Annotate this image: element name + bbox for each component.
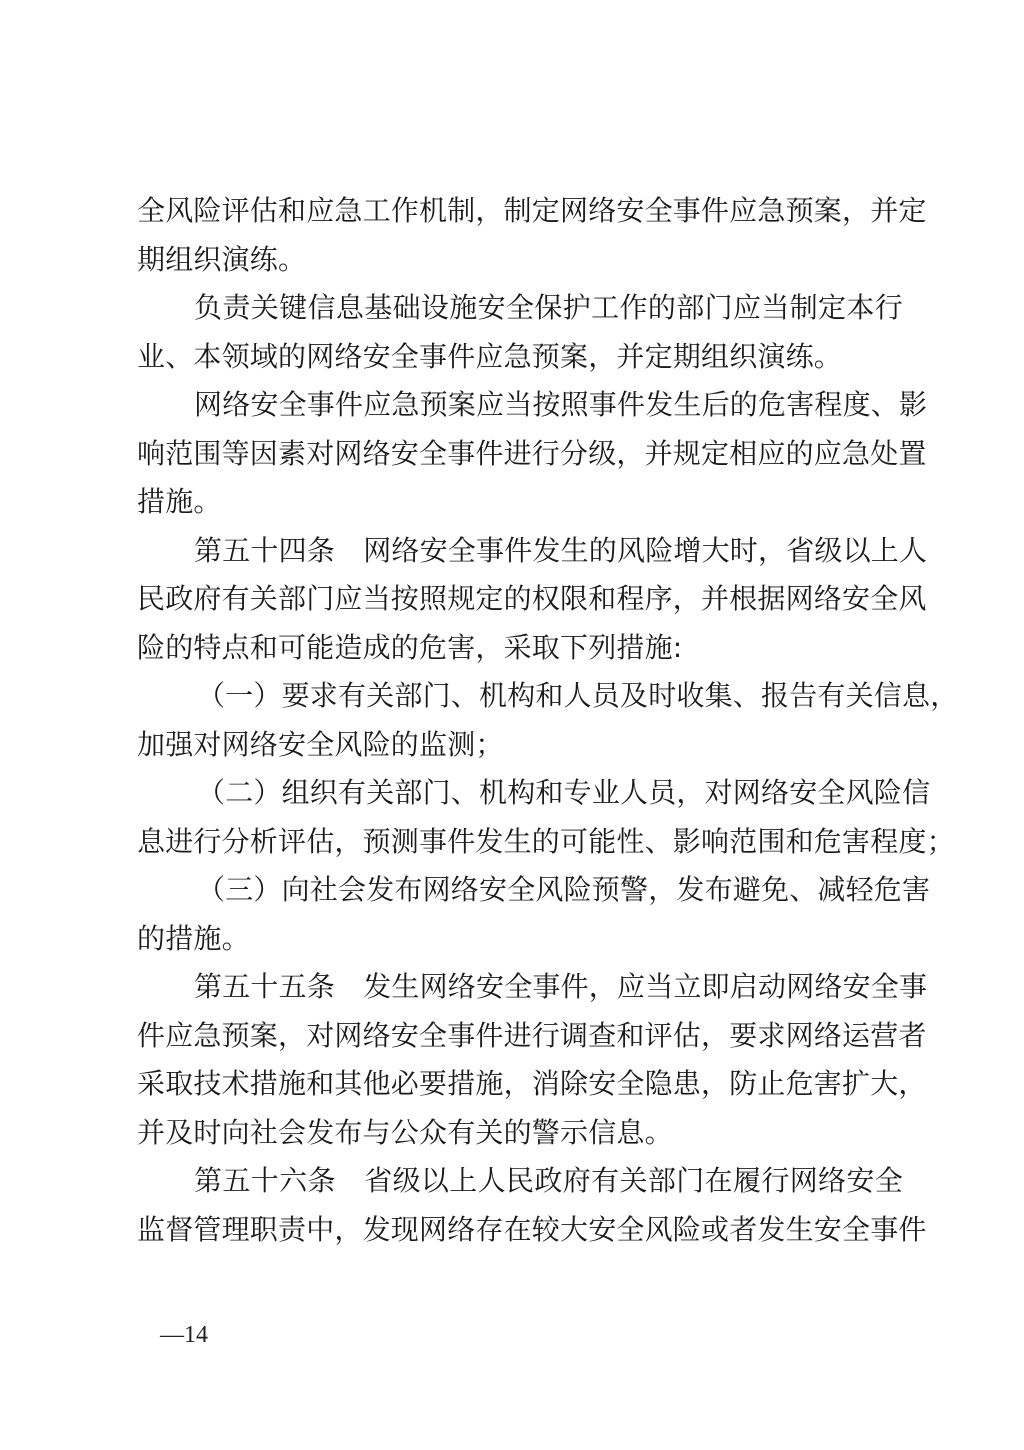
- text-line: 采取技术措施和其他必要措施，消除安全隐患，防止危害扩大，: [137, 1060, 903, 1109]
- text-line: 业、本领域的网络安全事件应急预案，并定期组织演练。: [137, 333, 903, 382]
- text-line: 全风险评估和应急工作机制，制定网络安全事件应急预案，并定: [137, 187, 903, 236]
- article-56-heading-line: 第五十六条 省级以上人民政府有关部门在履行网络安全: [137, 1157, 903, 1206]
- article-54-heading-line: 第五十四条 网络安全事件发生的风险增大时，省级以上人: [137, 527, 903, 576]
- text-line: 险的特点和可能造成的危害，采取下列措施:: [137, 624, 903, 673]
- text-line: 期组织演练。: [137, 236, 903, 285]
- text-line: 网络安全事件应急预案应当按照事件发生后的危害程度、影: [137, 381, 903, 430]
- text-line: 息进行分析评估，预测事件发生的可能性、影响范围和危害程度；: [137, 818, 903, 867]
- body-text: 全风险评估和应急工作机制，制定网络安全事件应急预案，并定 期组织演练。 负责关键…: [137, 187, 903, 1254]
- text-line: 加强对网络安全风险的监测；: [137, 721, 903, 770]
- list-item-2: （二）组织有关部门、机构和专业人员，对网络安全风险信: [137, 769, 903, 818]
- text-line: 负责关键信息基础设施安全保护工作的部门应当制定本行: [137, 284, 903, 333]
- document-page: 全风险评估和应急工作机制，制定网络安全事件应急预案，并定 期组织演练。 负责关键…: [0, 0, 1024, 1450]
- article-55-heading-line: 第五十五条 发生网络安全事件，应当立即启动网络安全事: [137, 963, 903, 1012]
- text-line: 监督管理职责中，发现网络存在较大安全风险或者发生安全事件: [137, 1206, 903, 1255]
- text-line: 措施。: [137, 478, 903, 527]
- list-item-3: （三）向社会发布网络安全风险预警，发布避免、减轻危害: [137, 866, 903, 915]
- text-line: 民政府有关部门应当按照规定的权限和程序，并根据网络安全风: [137, 575, 903, 624]
- text-line: 的措施。: [137, 915, 903, 964]
- page-number: —14: [160, 1322, 208, 1349]
- text-line: 并及时向社会发布与公众有关的警示信息。: [137, 1109, 903, 1158]
- text-line: 响范围等因素对网络安全事件进行分级，并规定相应的应急处置: [137, 430, 903, 479]
- text-line: 件应急预案，对网络安全事件进行调查和评估，要求网络运营者: [137, 1012, 903, 1061]
- list-item-1: （一）要求有关部门、机构和人员及时收集、报告有关信息，: [137, 672, 903, 721]
